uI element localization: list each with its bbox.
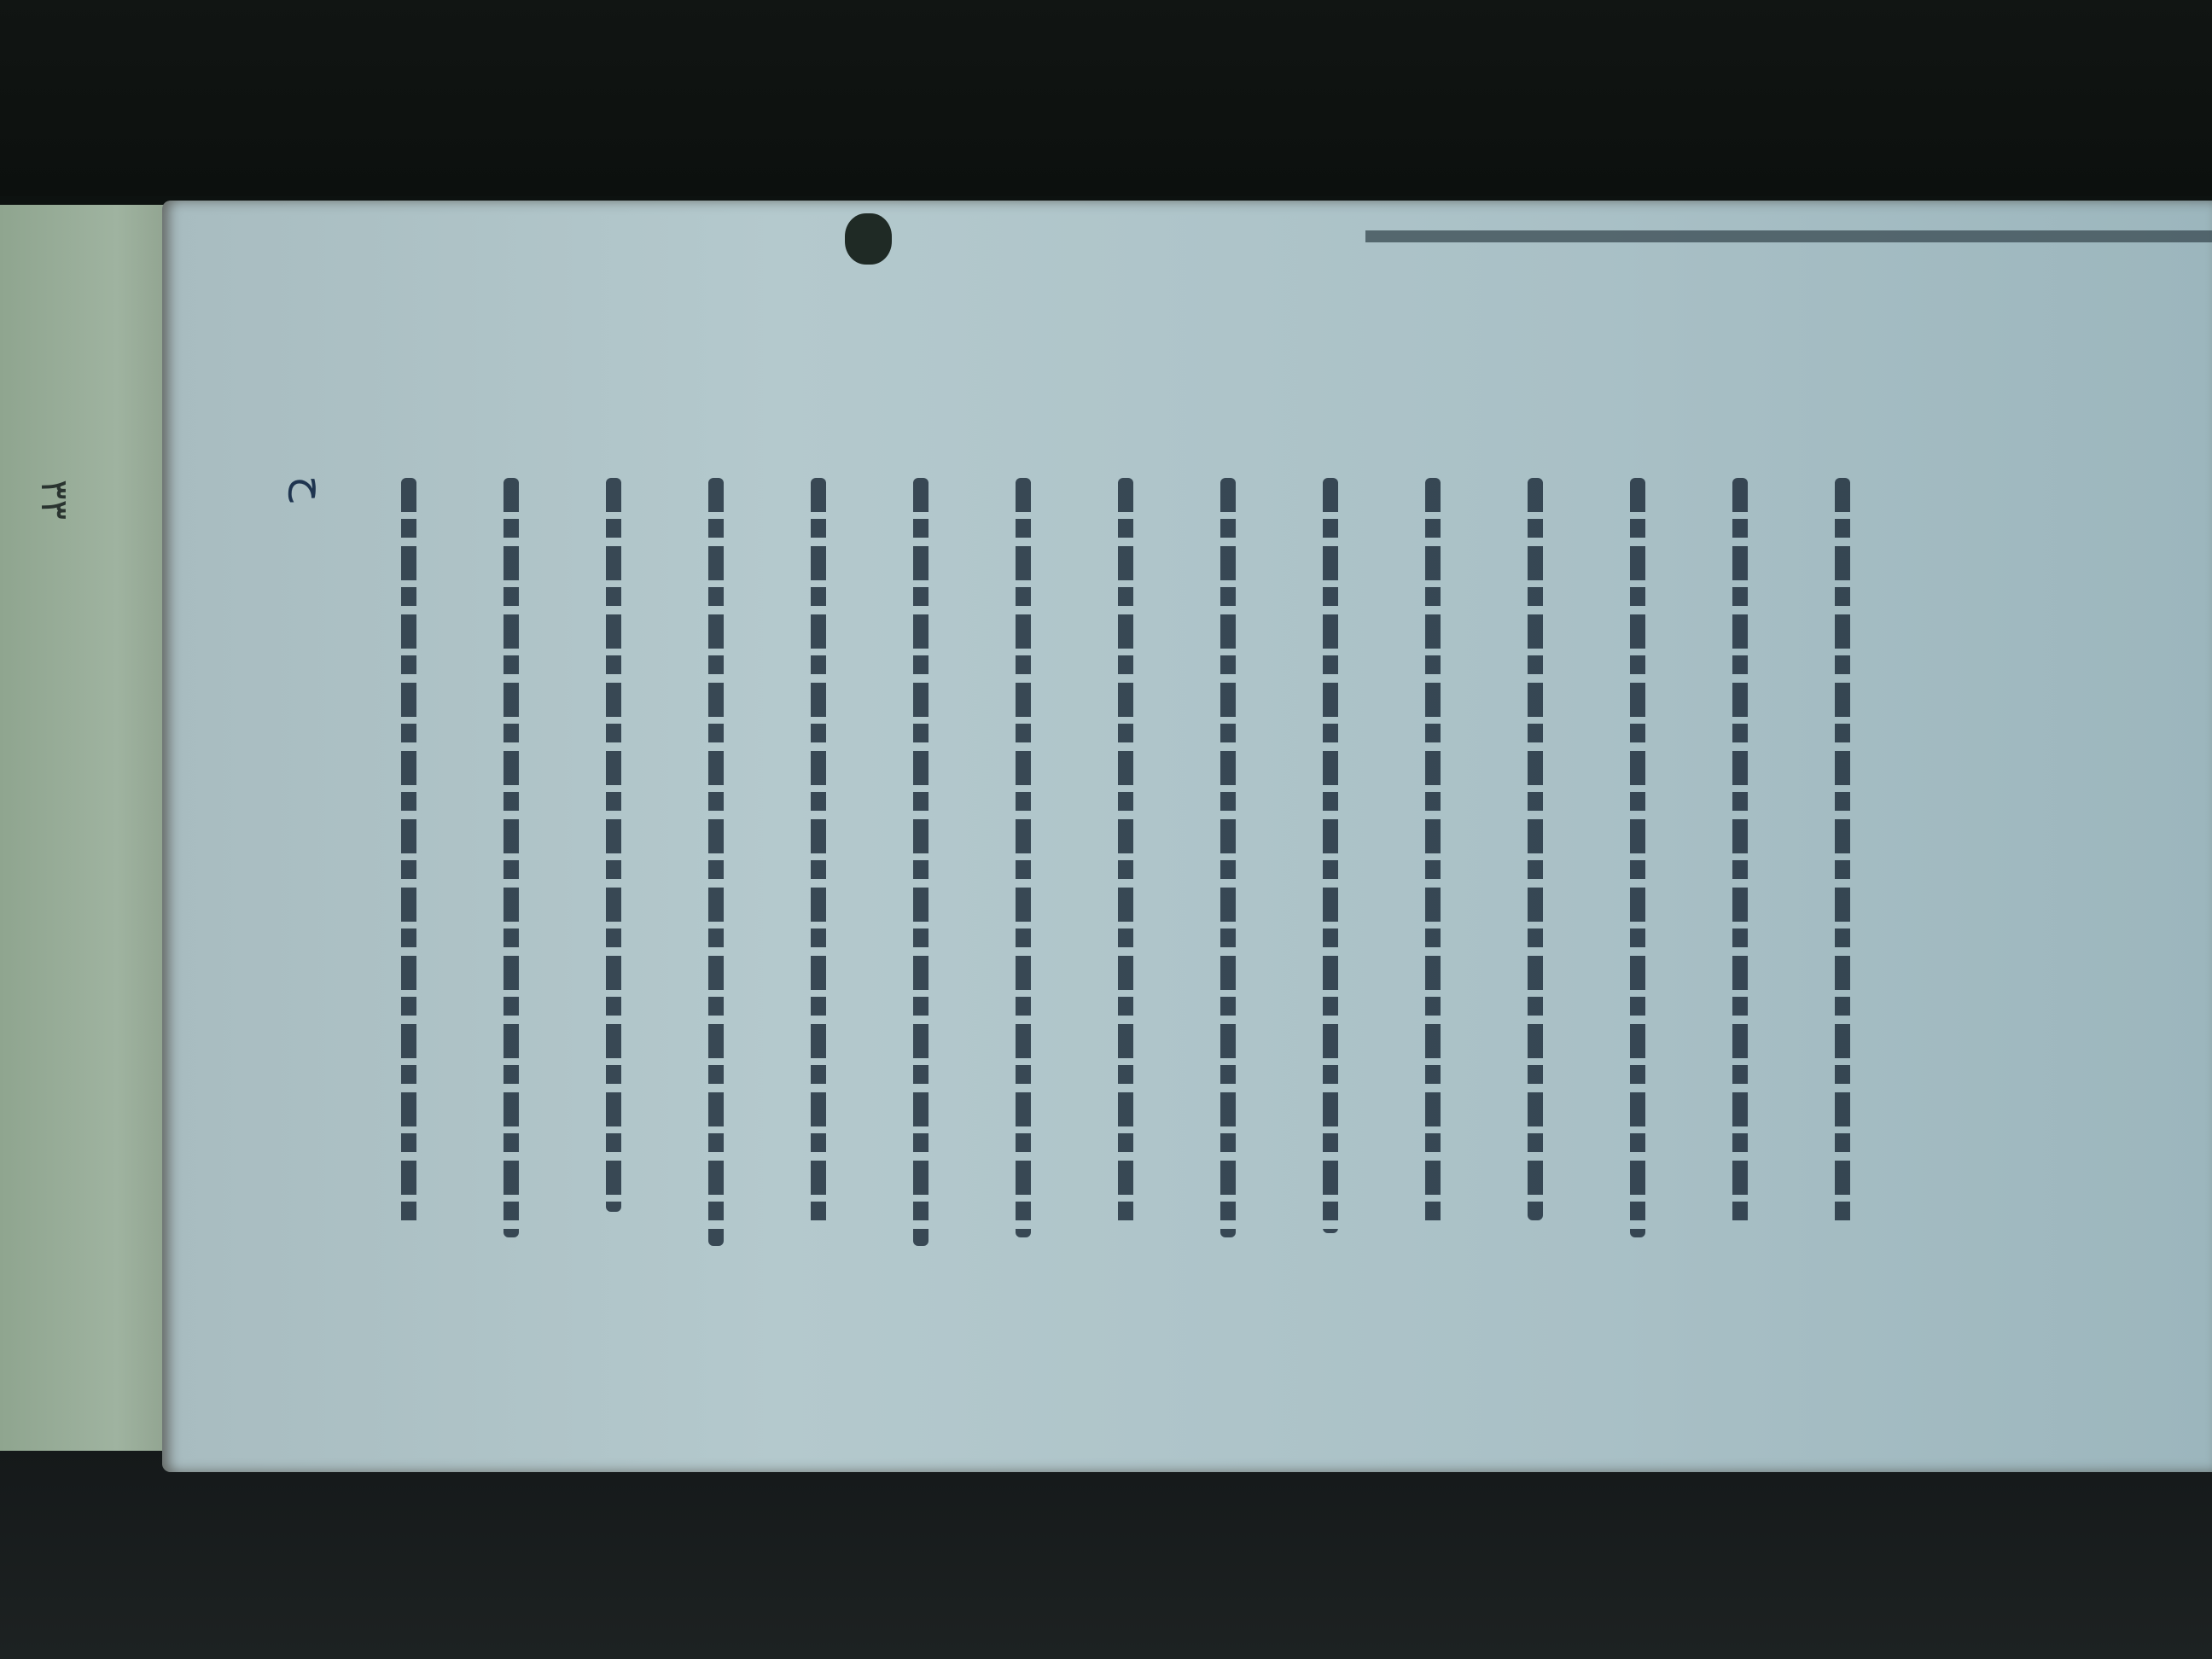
- dark-background-bottom: [0, 1451, 2212, 1659]
- ink-blot: [845, 213, 892, 265]
- text-line: [1016, 478, 1031, 1237]
- dark-background-top: [0, 0, 2212, 196]
- text-line: [708, 478, 724, 1246]
- page-edge-line: [1365, 230, 2212, 242]
- text-line: [811, 478, 826, 1229]
- text-block: [367, 478, 1903, 1331]
- text-line: [1220, 478, 1236, 1237]
- text-line: [913, 478, 928, 1246]
- text-line: [1528, 478, 1543, 1220]
- text-line: [606, 478, 621, 1212]
- text-line: [1630, 478, 1645, 1237]
- text-line: [1732, 478, 1748, 1225]
- text-line: [1323, 478, 1338, 1233]
- text-line: [504, 478, 519, 1237]
- text-line: [1118, 478, 1133, 1229]
- text-line: [1425, 478, 1441, 1229]
- text-line: [1835, 478, 1850, 1229]
- text-line: [401, 478, 416, 1229]
- folio-number: ٣٣: [32, 480, 76, 520]
- catchword: ح: [288, 476, 335, 503]
